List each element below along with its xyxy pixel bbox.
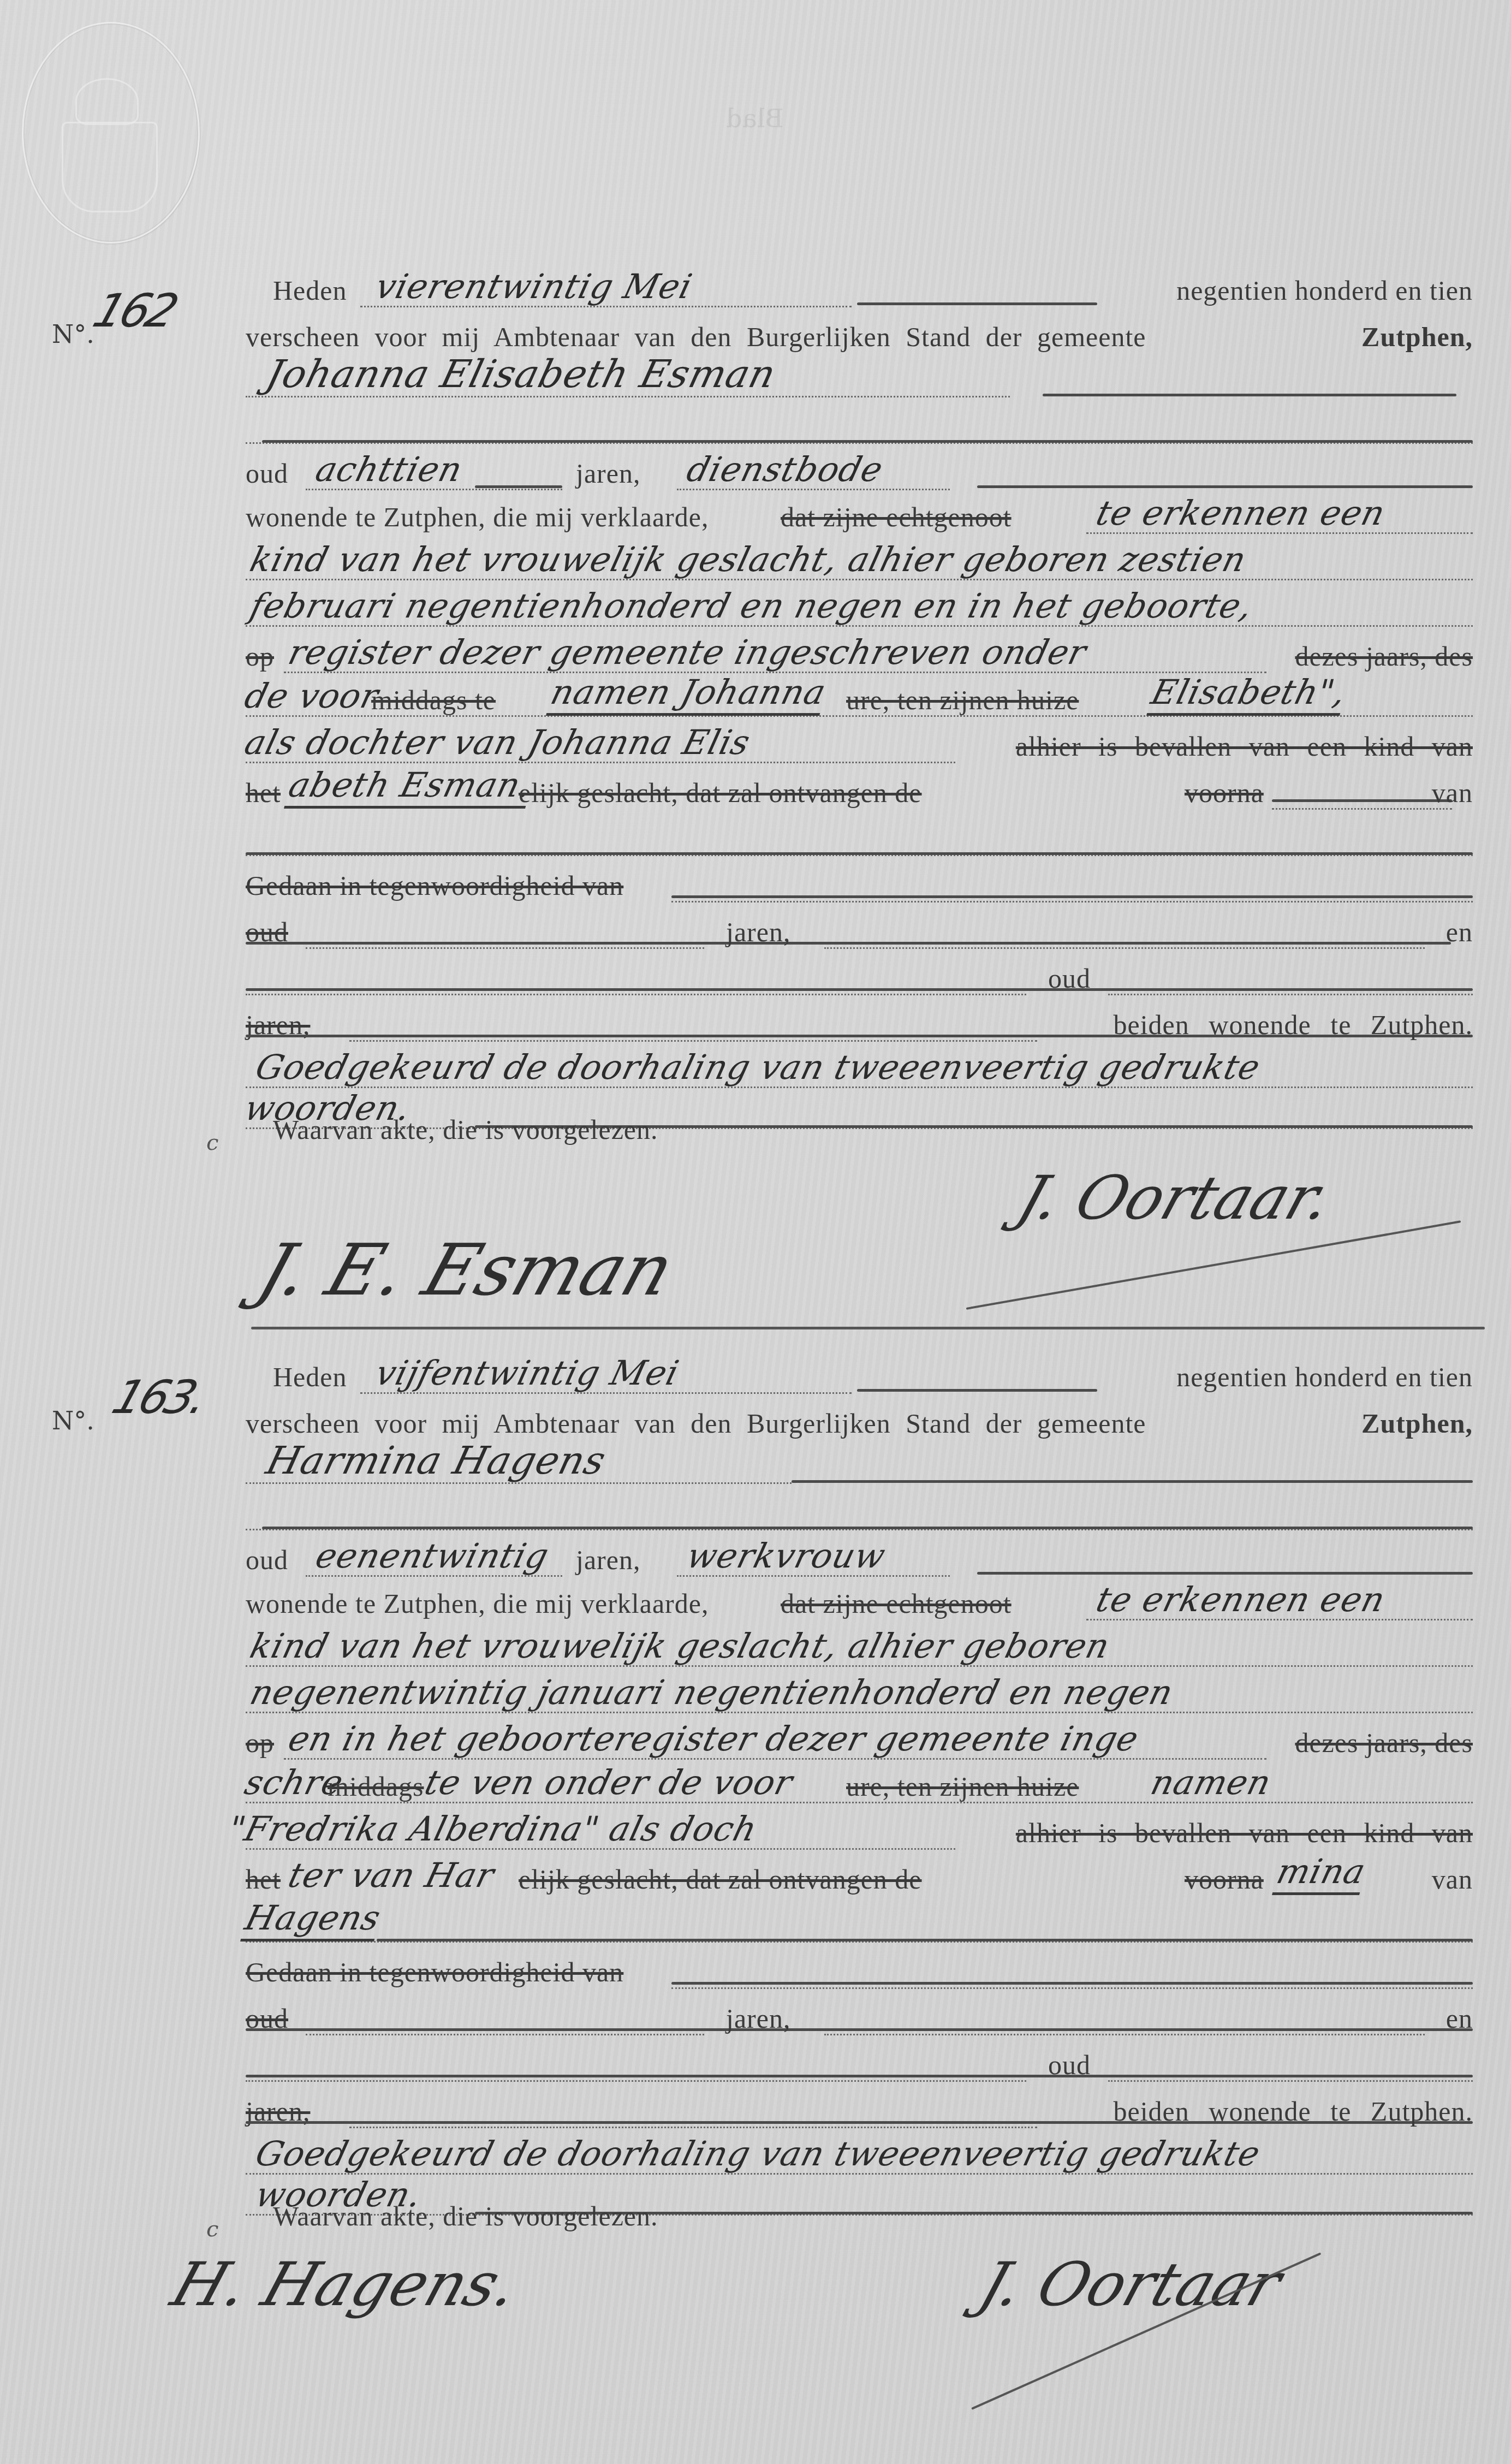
struck-text: Gedaan in tegenwoordigheid van — [246, 1956, 623, 1988]
margin-mark: c — [206, 1130, 218, 1155]
bleed-through-text: Blad — [726, 104, 783, 133]
official-signature: J. Oortaar — [971, 2249, 1290, 2319]
declarant-name: Harmina Hagens — [262, 1438, 611, 1483]
struck-text: alhier is bevallen van een kind van — [1016, 1817, 1473, 1849]
handwritten-line-2: negenentwintig januari negentienhonderd … — [246, 1671, 1473, 1720]
jaren-label: jaren, — [576, 1544, 640, 1576]
signature-rule — [251, 1327, 1485, 1329]
struck-text: voorna — [1185, 777, 1264, 809]
age-handwritten: achttien — [312, 449, 467, 489]
age-occupation-line: oud eenentwintig jaren, werkvrouw — [246, 1534, 1473, 1583]
witness2-line: oud — [246, 2039, 1473, 2088]
struck-text: middags — [328, 1771, 424, 1802]
daughter-line: "Fredrika Alberdina" als doch alhier is … — [246, 1807, 1473, 1856]
witness-age-line: oud jaren, en — [246, 906, 1473, 955]
witness-line: Gedaan in tegenwoordigheid van — [246, 860, 1473, 909]
handwritten-text: te erkennen een — [1092, 1580, 1390, 1619]
witness-age-line: oud jaren, en — [246, 1993, 1473, 2042]
closing-text: Waarvan akte, die is voorgelezen. — [273, 2200, 658, 2232]
struck-text: dezes jaars, des — [1295, 1727, 1473, 1759]
struck-text: elijk geslacht, dat zal ontvangen de — [519, 777, 922, 809]
appearance-text: verscheen voor mij Ambtenaar van den Bur… — [246, 321, 1146, 353]
occupation-handwritten: dienstbode — [683, 449, 887, 489]
occupation-handwritten: werkvrouw — [683, 1536, 890, 1576]
record-number: 162 — [87, 284, 182, 337]
struck-text: ure, ten zijnen huize — [846, 684, 1079, 716]
declarant-name: Johanna Elisabeth Esman — [262, 352, 781, 396]
beiden-text: beiden wonende te Zutphen. — [1114, 1009, 1473, 1041]
official-signature: J. Oortaar. — [1009, 1163, 1341, 1233]
struck-text: Gedaan in tegenwoordigheid van — [246, 870, 623, 901]
struck-text: op — [246, 640, 274, 672]
date-handwritten: vierentwintig Mei — [372, 266, 697, 306]
municipality-name: Zutphen, — [1361, 1408, 1473, 1439]
handwritten-text: te erkennen een — [1092, 493, 1390, 533]
struck-text: dezes jaars, des — [1295, 640, 1473, 672]
handwritten-text: "Fredrika Alberdina" als doch — [224, 1809, 762, 1849]
residence-line: wonende te Zutphen, die mij verklaarde, … — [246, 1578, 1473, 1627]
witness-line: Gedaan in tegenwoordigheid van — [246, 1946, 1473, 1996]
handwritten-text: namen Johanna — [546, 672, 830, 716]
handwritten-text: abeth Esman. — [284, 765, 536, 809]
handwritten-text: februari negentienhonderd en negen en in… — [246, 586, 1257, 626]
blank-line — [246, 1488, 1473, 1537]
margin-mark: c — [206, 2217, 218, 2242]
handwritten-text: register dezer gemeente ingeschreven ond… — [284, 632, 1091, 672]
handwritten-text: te ven onder de voor — [421, 1762, 797, 1802]
handwritten-text: Hagens — [240, 1898, 385, 1941]
handwritten-text: en in het geboorteregister dezer gemeent… — [284, 1719, 1143, 1759]
declarant-signature: H. Hagens. — [163, 2249, 527, 2319]
handwritten-line-1: kind van het vrouwelijk geslacht, alhier… — [246, 538, 1473, 587]
oud-label: oud — [246, 1544, 288, 1576]
en-label: en — [1446, 2003, 1473, 2034]
handwritten-text: kind van het vrouwelijk geslacht, alhier… — [246, 1626, 1114, 1666]
heden-label: Heden — [273, 275, 347, 306]
register-line: op en in het geboorteregister dezer geme… — [246, 1717, 1473, 1766]
jaren-label: jaren, — [576, 458, 640, 489]
handwritten-line-1: kind van het vrouwelijk geslacht, alhier… — [246, 1624, 1473, 1673]
struck-text: dat zijne echtgenoot — [781, 501, 1012, 533]
age-occupation-line: oud achttien jaren, dienstbode — [246, 448, 1473, 497]
handwritten-line-2: februari negentienhonderd en negen en in… — [246, 584, 1473, 633]
handwritten-text: als dochter van Johanna Elis — [241, 722, 754, 762]
blank-line — [246, 814, 1473, 863]
handwritten-text: ter van Har — [284, 1855, 498, 1895]
handwritten-text: mina — [1272, 1851, 1370, 1895]
struck-text: dat zijne echtgenoot — [781, 1588, 1012, 1619]
witness-residence-line: jaren, beiden wonende te Zutphen. — [246, 2086, 1473, 2135]
beiden-text: beiden wonende te Zutphen. — [1114, 2095, 1473, 2127]
appearance-text: verscheen voor mij Ambtenaar van den Bur… — [246, 1408, 1146, 1439]
struck-text: het — [246, 1863, 281, 1895]
approval-handwritten: Goedgekeurd de doorhaling van tweeenveer… — [252, 1047, 1265, 1087]
en-label: en — [1446, 916, 1473, 948]
date-line: Heden vijfentwintig Mei negentien honder… — [246, 1351, 1473, 1400]
witness-residence-line: jaren, beiden wonende te Zutphen. — [246, 999, 1473, 1048]
struck-text: elijk geslacht, dat zal ontvangen de — [519, 1863, 922, 1895]
oud-label: oud — [246, 458, 288, 489]
struck-text: het — [246, 777, 281, 809]
heden-label: Heden — [273, 1361, 347, 1393]
declarant-name-line: Johanna Elisabeth Esman — [246, 355, 1473, 404]
crown-emblem-icon — [75, 78, 139, 125]
surname-line: Hagens — [246, 1900, 1473, 1949]
naming-line: de voor middags te namen Johanna ure, te… — [246, 674, 1473, 723]
struck-text: ure, ten zijnen huize — [846, 1771, 1079, 1802]
struck-text: op — [246, 1727, 274, 1759]
record-number-label: N°. — [52, 1406, 94, 1435]
witness2-line: oud — [246, 953, 1473, 1002]
jaren-label: jaren, — [726, 2003, 790, 2034]
mother-line: het abeth Esman. elijk geslacht, dat zal… — [246, 767, 1473, 816]
year-text: negentien honderd en tien — [1176, 1361, 1473, 1393]
oud-label: oud — [1048, 2049, 1091, 2081]
approval-handwritten: Goedgekeurd de doorhaling van tweeenveer… — [252, 2134, 1265, 2174]
age-handwritten: eenentwintig — [312, 1536, 553, 1576]
struck-text: alhier is bevallen van een kind van — [1016, 731, 1473, 762]
closing-text: Waarvan akte, die is voorgelezen. — [273, 1114, 658, 1145]
embossed-seal — [22, 22, 200, 244]
shield-emblem-icon — [62, 122, 158, 212]
date-line: Heden vierentwintig Mei negentien honder… — [246, 265, 1473, 314]
naming-line: schre middags te ven onder de voor ure, … — [246, 1761, 1473, 1810]
handwritten-text: namen — [1147, 1762, 1276, 1802]
municipality-name: Zutphen, — [1361, 321, 1473, 353]
struck-text: middags te — [371, 684, 496, 716]
residence-line: wonende te Zutphen, die mij verklaarde, … — [246, 491, 1473, 541]
signature-flourish — [966, 1220, 1461, 1310]
handwritten-text: Elisabeth", — [1146, 672, 1351, 716]
struck-text: voorna — [1185, 1863, 1264, 1895]
date-handwritten: vijfentwintig Mei — [372, 1353, 683, 1393]
daughter-line: als dochter van Johanna Elis alhier is b… — [246, 721, 1473, 770]
van-label: van — [1432, 777, 1473, 809]
mother-line: het ter van Har elijk geslacht, dat zal … — [246, 1854, 1473, 1903]
oud-label: oud — [1048, 963, 1091, 994]
handwritten-text: negenentwintig januari negentienhonderd … — [246, 1672, 1177, 1712]
year-text: negentien honderd en tien — [1176, 275, 1473, 306]
handwritten-text: de voor — [241, 676, 383, 716]
declarant-name-line: Harmina Hagens — [246, 1441, 1473, 1491]
declarant-signature: J. E. Esman — [248, 1228, 684, 1311]
jaren-label: jaren, — [726, 916, 790, 948]
van-label: van — [1432, 1863, 1473, 1895]
residence-text: wonende te Zutphen, die mij verklaarde, — [246, 501, 709, 533]
record-number: 163. — [106, 1370, 212, 1424]
blank-line — [246, 401, 1473, 450]
handwritten-text: kind van het vrouwelijk geslacht, alhier… — [246, 539, 1251, 579]
residence-text: wonende te Zutphen, die mij verklaarde, — [246, 1588, 709, 1619]
